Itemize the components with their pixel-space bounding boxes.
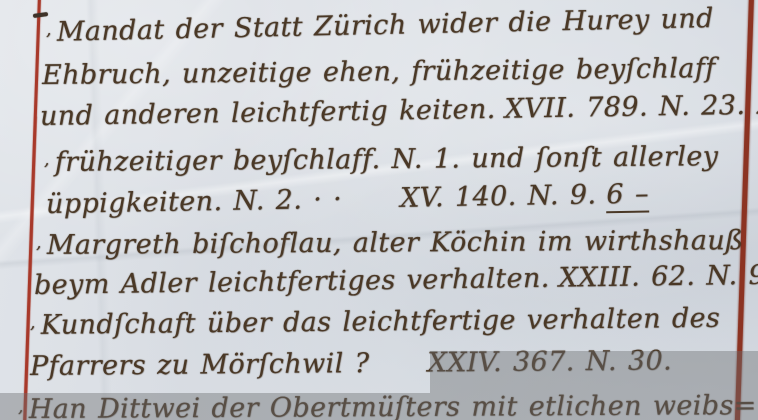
line-text: üppigkeiten. N. 2. · · [46, 184, 343, 220]
line-text: Margreth biſchoflau, alter Köchin im wir… [47, 225, 744, 261]
line-text: Ehbruch, unzeitige ehen, frühzeitige bey… [42, 53, 716, 91]
gray-overlay-bottom [0, 393, 430, 420]
manuscript-line-6: ,Margreth biſchoflau, alter Köchin im wi… [36, 225, 744, 261]
manuscript-line-3: und anderen leichtfertig keiten.XVII. 78… [40, 89, 758, 132]
line-text: Pfarrers zu Mörſchwil ? [30, 348, 370, 382]
line-text: frühzeitiger beyſchlaff. N. 1. und ſonſt… [55, 141, 719, 178]
line-text: Mandat der Statt Zürich wider die Hurey … [56, 3, 714, 48]
manuscript-line-4: ,frühzeitiger beyſchlaff. N. 1. und ſonſ… [44, 141, 719, 178]
volume-page-reference-underlined: 6 – [606, 178, 649, 213]
line-text: beym Adler leichtfertiges verhalten. [34, 263, 550, 301]
line-text: und anderen leichtfertig keiten. [40, 94, 496, 132]
manuscript-line-7: beym Adler leichtfertiges verhalten.XXII… [34, 260, 758, 301]
manuscript-page: ,Mandat der Statt Zürich wider die Hurey… [0, 0, 758, 420]
volume-page-reference: XVII. 789. N. 23. 22. [504, 89, 758, 125]
manuscript-line-2: Ehbruch, unzeitige ehen, frühzeitige bey… [42, 53, 716, 91]
gray-overlay-right [430, 351, 758, 420]
volume-page-reference: XV. 140. N. 9. [400, 179, 597, 213]
manuscript-line-5: üppigkeiten. N. 2. · ·XV. 140. N. 9.6 – [46, 178, 649, 220]
line-text: Kundſchaft über das leichtfertige verhal… [41, 303, 721, 341]
volume-page-reference: XXIII. 62. N. 9 [558, 260, 758, 294]
manuscript-line-1: ,Mandat der Statt Zürich wider die Hurey… [46, 3, 714, 48]
entry-mark: , [36, 233, 42, 253]
entry-mark: , [30, 313, 36, 333]
entry-mark: , [46, 20, 52, 40]
manuscript-line-8: ,Kundſchaft über das leichtfertige verha… [30, 303, 721, 341]
entry-mark: , [44, 150, 50, 170]
